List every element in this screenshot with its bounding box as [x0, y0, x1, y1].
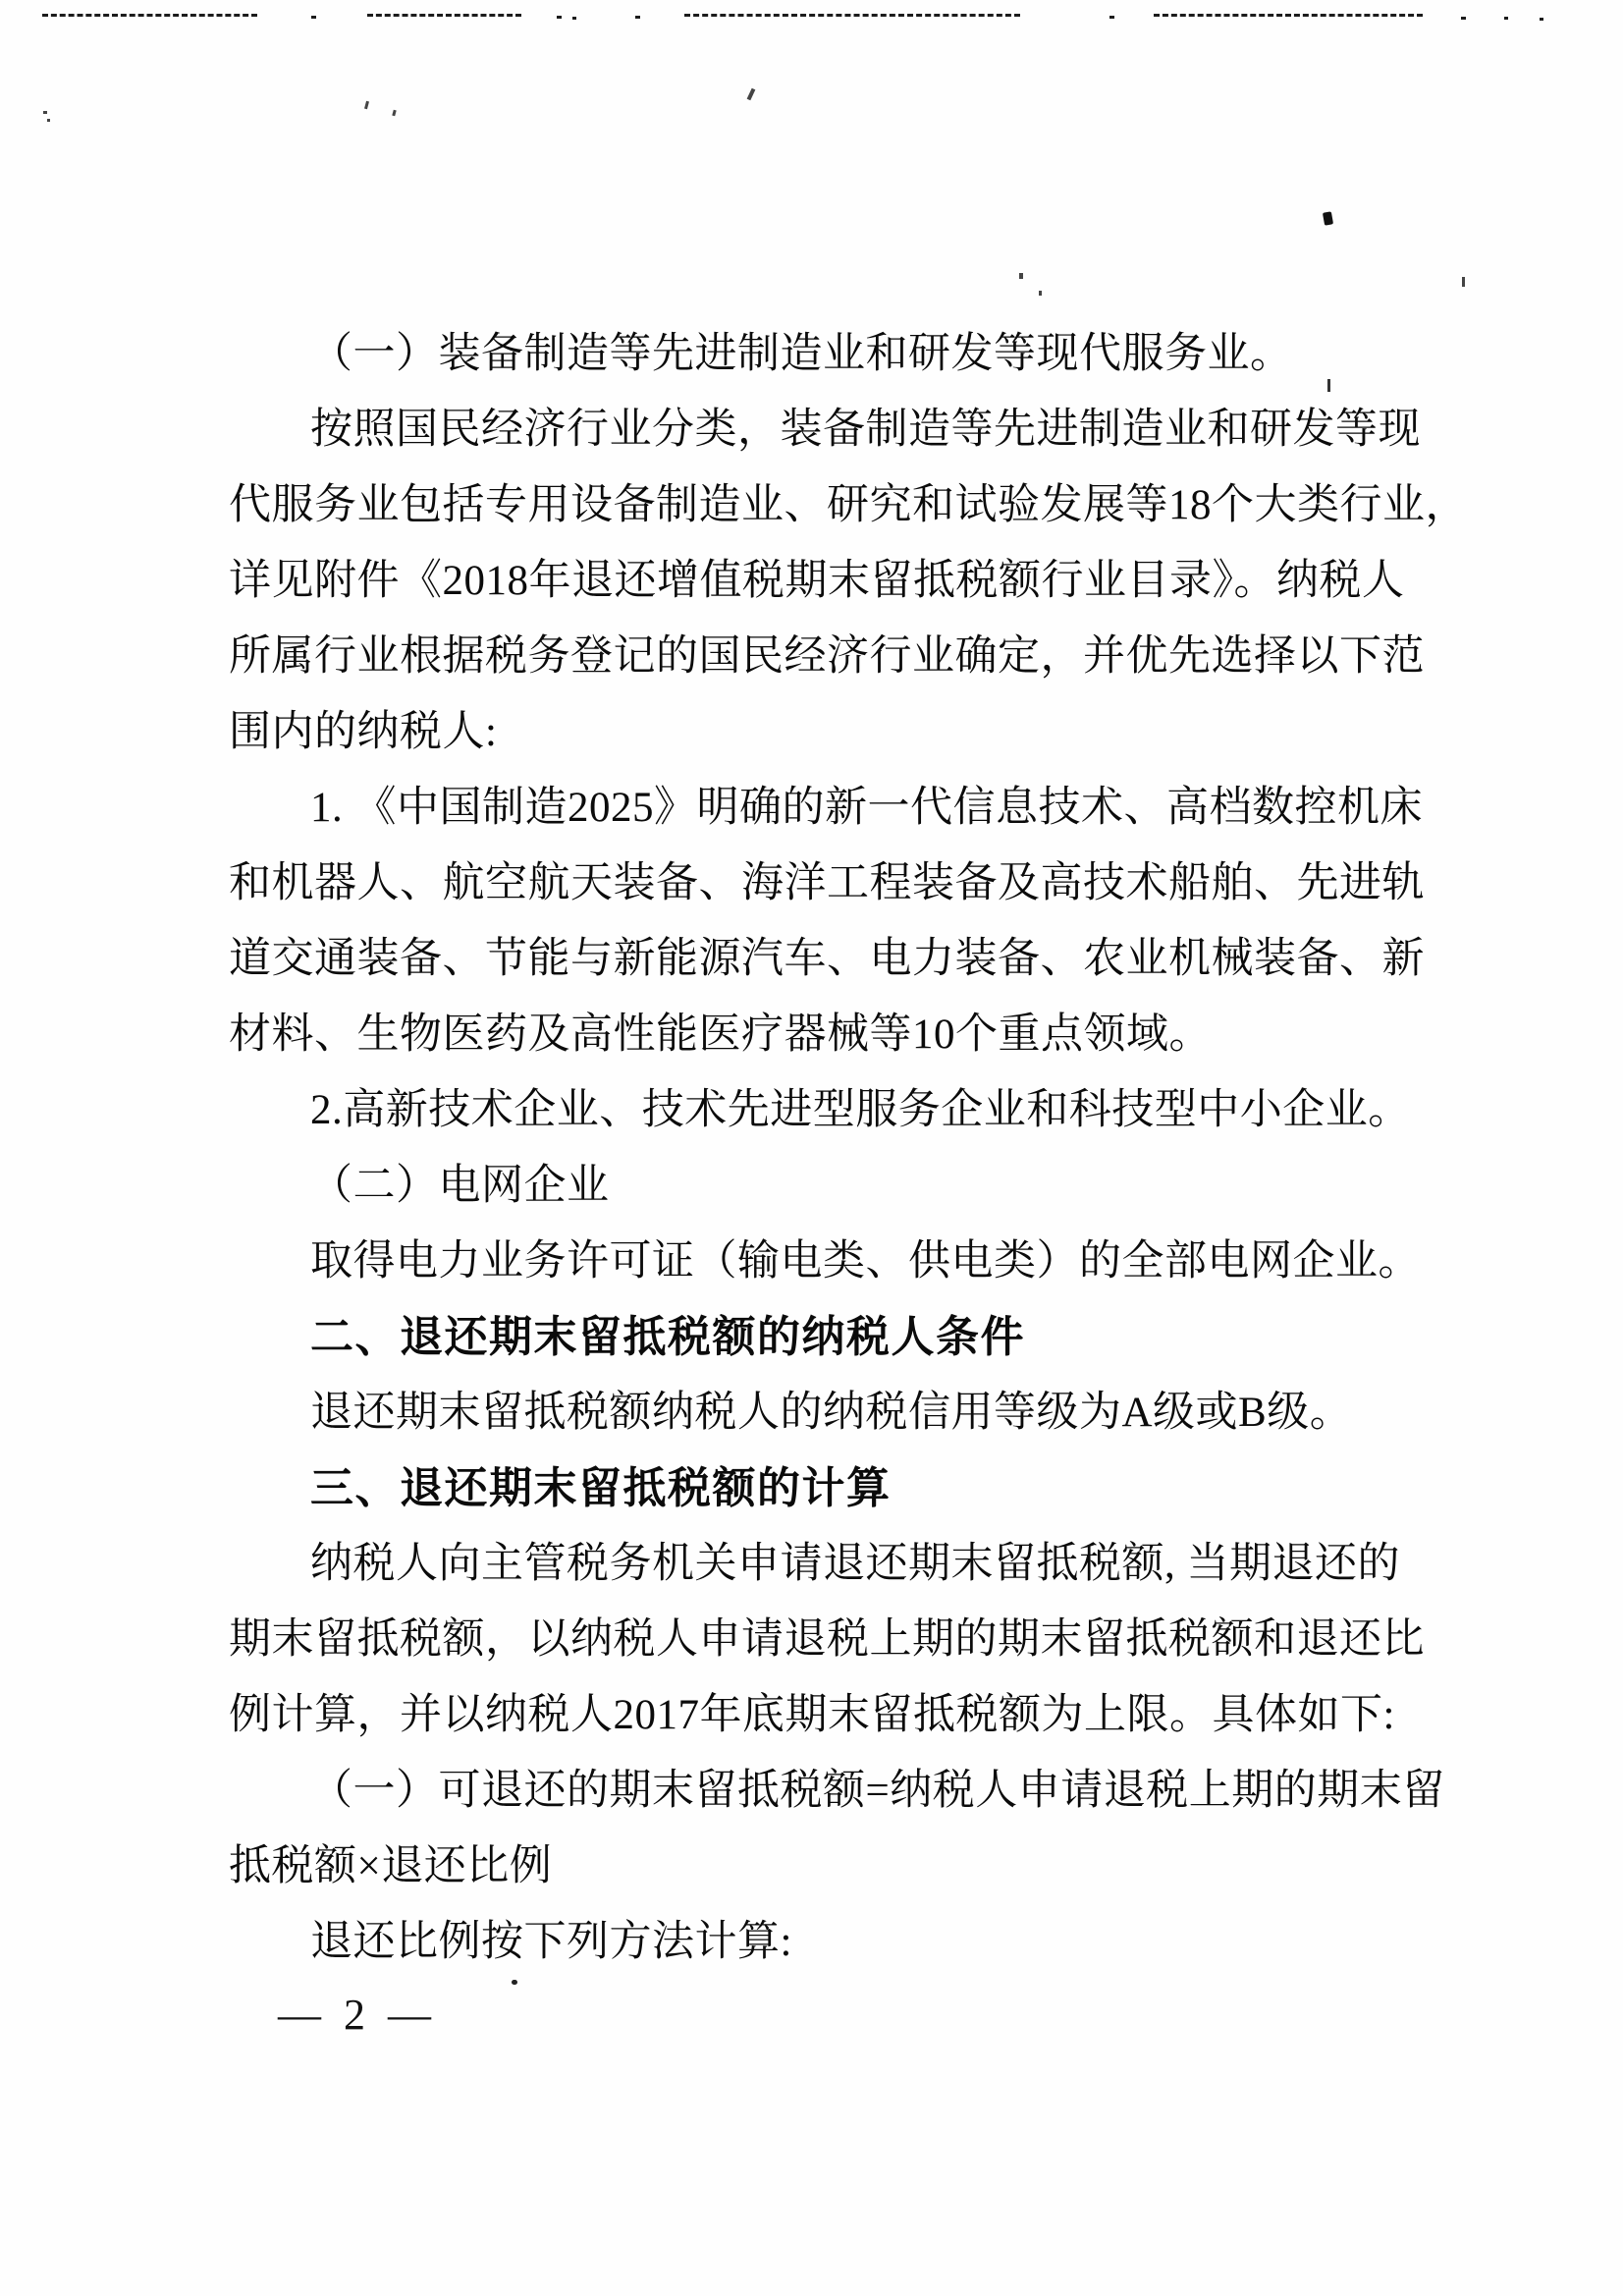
scan-speck [1019, 273, 1023, 279]
scan-speck [47, 119, 50, 122]
scan-artifact-dot [1109, 16, 1114, 19]
scan-speck [1462, 277, 1465, 287]
text-line-12: （二）电网企业 [310, 1161, 610, 1212]
scan-speck [512, 1980, 517, 1985]
text-line-6: 围内的纳税人: [229, 707, 497, 758]
scan-artifact-dot [557, 16, 562, 19]
text-line-13: 取得电力业务许可证（输电类、供电类）的全部电网企业。 [310, 1236, 1421, 1287]
text-line-14: 二、退还期末留抵税额的纳税人条件 [310, 1312, 1025, 1363]
scan-artifact-dot [635, 16, 640, 19]
text-line-7: 1. 《中国制造2025》明确的新一代信息技术、高档数控机床 [310, 783, 1423, 834]
scan-artifact-dash-2 [367, 14, 521, 17]
scan-artifact-dot [1504, 17, 1508, 20]
text-line-16: 三、退还期末留抵税额的计算 [310, 1463, 892, 1514]
text-line-19: 例计算，并以纳税人2017年底期末留抵税额为上限。具体如下: [229, 1690, 1395, 1741]
text-line-10: 材料、生物医药及高性能医疗器械等10个重点领域。 [229, 1010, 1212, 1061]
scan-artifact-dot [572, 17, 576, 20]
scan-speck [1323, 211, 1333, 225]
page-number: — 2 — [278, 1990, 437, 2040]
text-line-2: 按照国民经济行业分类，装备制造等先进制造业和研发等现 [310, 405, 1421, 456]
scan-speck [364, 101, 369, 110]
scan-artifact-dot [311, 16, 316, 19]
text-line-15: 退还期末留抵税额纳税人的纳税信用等级为A级或B级。 [310, 1388, 1352, 1439]
text-line-5: 所属行业根据税务登记的国民经济行业确定，并优先选择以下范 [229, 631, 1425, 683]
scan-artifact-dash-4 [1154, 14, 1423, 17]
text-line-21: 抵税额×退还比例 [229, 1841, 552, 1892]
text-line-22: 退还比例按下列方法计算: [310, 1917, 792, 1968]
scan-artifact-dash-3 [684, 14, 1020, 17]
text-line-4: 详见附件《2018年退还增值税期末留抵税额行业目录》。纳税人 [229, 556, 1405, 607]
text-line-3: 代服务业包括专用设备制造业、研究和试验发展等18个大类行业， [229, 480, 1468, 531]
scan-artifact-dot [1461, 17, 1466, 20]
scan-speck [747, 88, 756, 101]
text-line-8: 和机器人、航空航天装备、海洋工程装备及高技术船舶、先进轨 [229, 858, 1425, 909]
scan-artifact-dash-1 [42, 14, 257, 17]
text-line-18: 期末留抵税额，以纳税人申请退税上期的期末留抵税额和退还比 [229, 1614, 1425, 1666]
scan-artifact-dot [1540, 18, 1543, 21]
scan-speck [43, 111, 47, 114]
text-line-1: （一）装备制造等先进制造业和研发等现代服务业。 [310, 329, 1293, 380]
text-line-17: 纳税人向主管税务机关申请退还期末留抵税额, 当期退还的 [310, 1539, 1400, 1590]
document-page: （一）装备制造等先进制造业和研发等现代服务业。按照国民经济行业分类，装备制造等先… [0, 0, 1623, 2296]
scan-speck [392, 110, 396, 117]
scan-speck [1327, 379, 1330, 392]
text-line-9: 道交通装备、节能与新能源汽车、电力装备、农业机械装备、新 [229, 934, 1425, 985]
text-line-20: （一）可退还的期末留抵税额=纳税人申请退税上期的期末留 [310, 1766, 1445, 1817]
scan-speck [1039, 291, 1042, 296]
text-line-11: 2.高新技术企业、技术先进型服务企业和科技型中小企业。 [310, 1085, 1411, 1136]
